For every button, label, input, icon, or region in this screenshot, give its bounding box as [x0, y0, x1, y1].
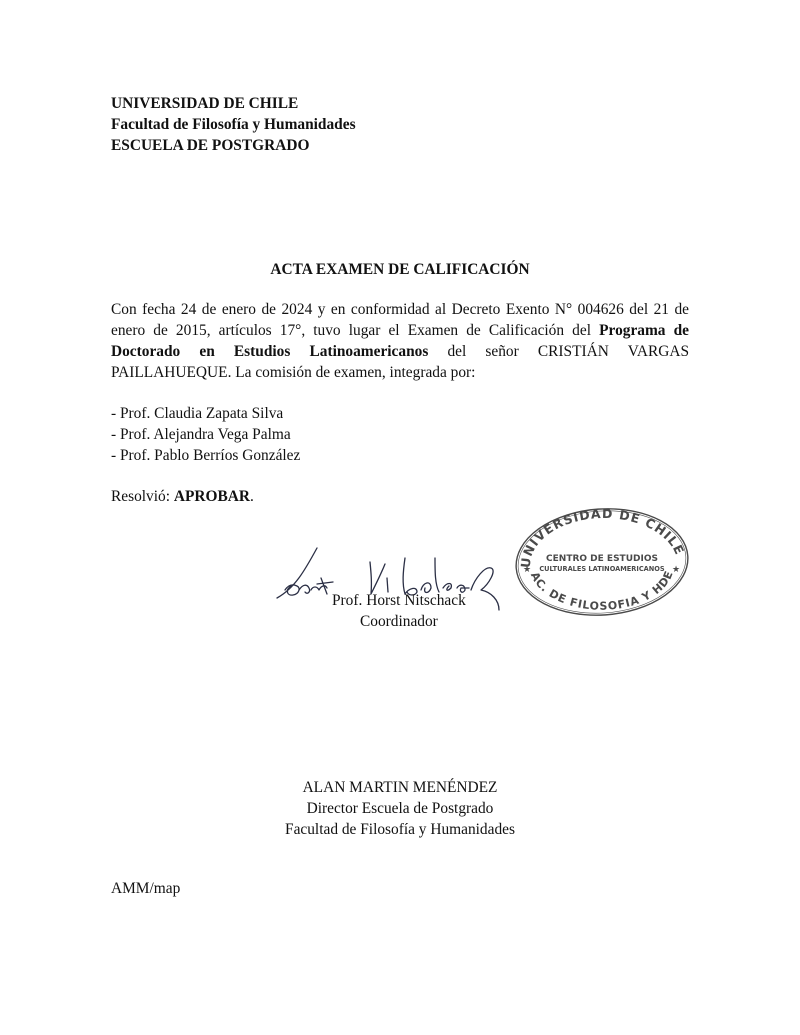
- letterhead: UNIVERSIDAD DE CHILE Facultad de Filosof…: [111, 93, 356, 156]
- director-faculty: Facultad de Filosofía y Humanidades: [0, 819, 800, 840]
- coordinator-role: Coordinador: [360, 611, 438, 632]
- director-name: ALAN MARTIN MENÉNDEZ: [0, 777, 800, 798]
- star-icon: ★: [672, 565, 680, 575]
- committee-member: - Prof. Claudia Zapata Silva: [111, 403, 300, 424]
- body-paragraph: Con fecha 24 de enero de 2024 y en confo…: [111, 299, 689, 383]
- institutional-stamp: UNIVERSIDAD DE CHILE FAC. DE FILOSOFIA Y…: [512, 505, 692, 620]
- stamp-line2: CULTURALES LATINOAMERICANOS: [539, 565, 665, 573]
- university-name: UNIVERSIDAD DE CHILE: [111, 93, 356, 114]
- director-signature-block: ALAN MARTIN MENÉNDEZ Director Escuela de…: [0, 777, 800, 840]
- committee-member: - Prof. Alejandra Vega Palma: [111, 424, 300, 445]
- resolution-value: APROBAR: [174, 488, 250, 505]
- director-role: Director Escuela de Postgrado: [0, 798, 800, 819]
- resolution-label: Resolvió:: [111, 488, 174, 505]
- committee-list: - Prof. Claudia Zapata Silva - Prof. Ale…: [111, 403, 300, 466]
- stamp-line1: CENTRO DE ESTUDIOS: [546, 554, 658, 564]
- coordinator-name: Prof. Horst Nitschack: [332, 590, 466, 611]
- resolution: Resolvió: APROBAR.: [111, 486, 254, 507]
- resolution-suffix: .: [250, 488, 254, 505]
- reference-initials: AMM/map: [111, 878, 180, 899]
- faculty-name: Facultad de Filosofía y Humanidades: [111, 114, 356, 135]
- star-icon: ★: [523, 565, 531, 575]
- school-name: ESCUELA DE POSTGRADO: [111, 135, 356, 156]
- committee-member: - Prof. Pablo Berríos González: [111, 445, 300, 466]
- document-title: ACTA EXAMEN DE CALIFICACIÓN: [0, 259, 800, 280]
